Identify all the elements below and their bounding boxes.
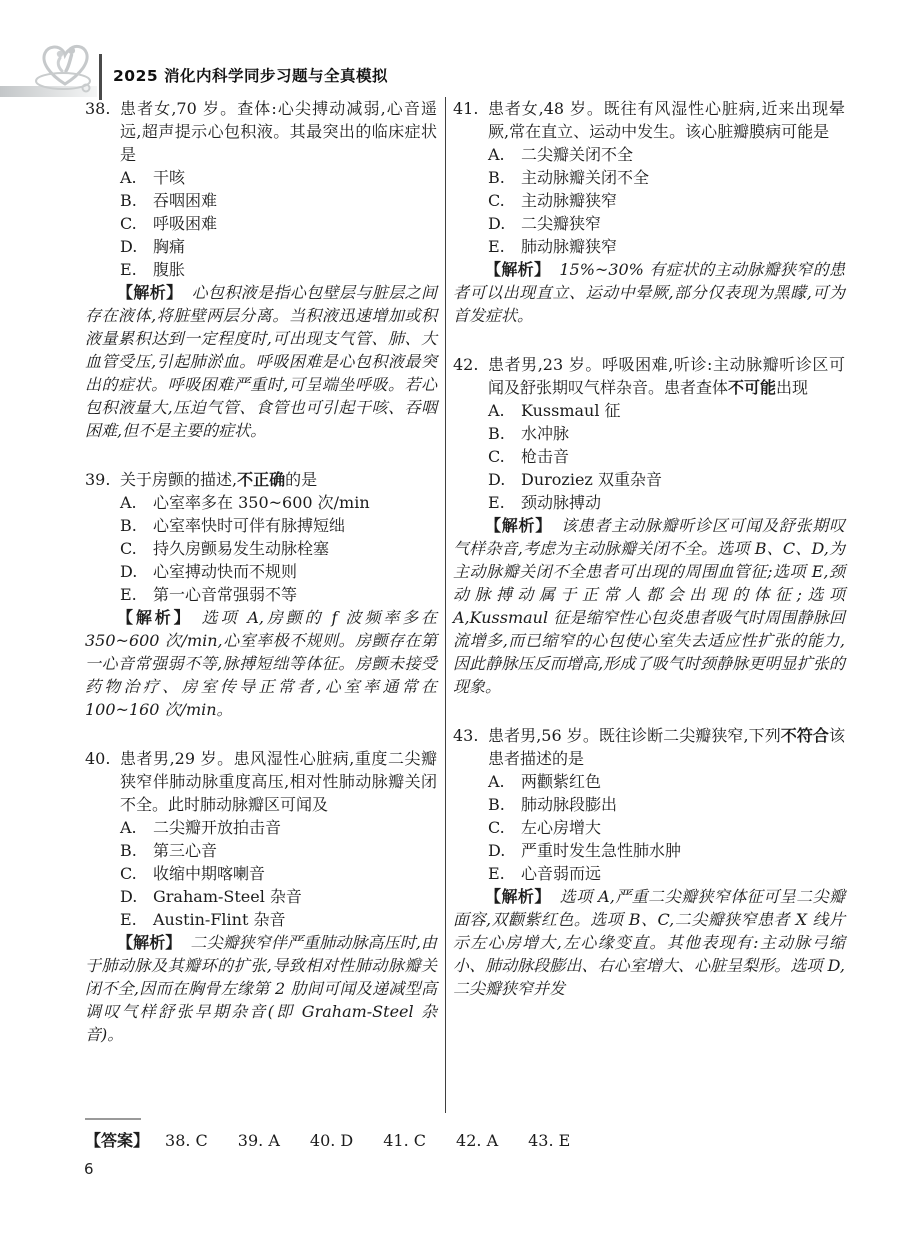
answers-line: 【答案】38. C39. A40. D41. C42. A43. E — [85, 1128, 845, 1151]
option-item: E.肺动脉瓣狭窄 — [488, 235, 845, 258]
option-label: C. — [120, 862, 153, 885]
option-text: 主动脉瓣狭窄 — [521, 191, 617, 210]
option-label: B. — [488, 422, 521, 445]
option-label: E. — [120, 258, 153, 281]
answer-item: 41. C — [383, 1131, 426, 1150]
question-38: 38. 患者女,70 岁。查体:心尖搏动减弱,心音遥远,超声提示心包积液。其最突… — [85, 97, 437, 442]
explanation: 【解析】15%~30% 有症状的主动脉瓣狭窄的患者可以出现直立、运动中晕厥,部分… — [453, 258, 845, 327]
option-text: 颈动脉搏动 — [521, 493, 601, 512]
option-item: B.水冲脉 — [488, 422, 845, 445]
option-item: A.心室率多在 350~600 次/min — [120, 491, 437, 514]
explanation: 【解析】二尖瓣狭窄伴严重肺动脉高压时,由于肺动脉及其瓣环的扩张,导致相对性肺动脉… — [85, 931, 437, 1046]
answer-item: 40. D — [310, 1131, 353, 1150]
question-stem: 患者男,29 岁。患风湿性心脏病,重度二尖瓣狭窄伴肺动脉重度高压,相对性肺动脉瓣… — [120, 747, 437, 816]
answer-item: 43. E — [528, 1131, 570, 1150]
answer-item: 42. A — [456, 1131, 498, 1150]
column-divider — [445, 97, 446, 1113]
question-number: 43. — [453, 724, 488, 770]
option-item: C.左心房增大 — [488, 816, 845, 839]
option-label: B. — [120, 514, 153, 537]
option-item: D.二尖瓣狭窄 — [488, 212, 845, 235]
option-item: B.心室率快时可伴有脉搏短绌 — [120, 514, 437, 537]
option-item: B.吞咽困难 — [120, 189, 437, 212]
option-label: A. — [120, 816, 153, 839]
option-text: 两颧紫红色 — [521, 772, 601, 791]
option-label: D. — [488, 212, 521, 235]
option-label: B. — [488, 793, 521, 816]
option-label: C. — [120, 537, 153, 560]
question-number: 41. — [453, 97, 488, 143]
heart-people-stethoscope-icon — [33, 38, 97, 96]
question-stem: 患者女,48 岁。既往有风湿性心脏病,近来出现晕厥,常在直立、运动中发生。该心脏… — [488, 97, 845, 143]
option-item: C.呼吸困难 — [120, 212, 437, 235]
option-text: 枪击音 — [521, 447, 569, 466]
option-text: 干咳 — [153, 168, 185, 187]
option-item: D.Duroziez 双重杂音 — [488, 468, 845, 491]
question-41: 41. 患者女,48 岁。既往有风湿性心脏病,近来出现晕厥,常在直立、运动中发生… — [453, 97, 845, 327]
option-text: 心音弱而远 — [521, 864, 601, 883]
explanation: 【解析】该患者主动脉瓣听诊区可闻及舒张期叹气样杂音,考虑为主动脉瓣关闭不全。选项… — [453, 514, 845, 698]
option-text: 第三心音 — [153, 841, 217, 860]
option-text: 严重时发生急性肺水肿 — [521, 841, 681, 860]
option-item: A.二尖瓣关闭不全 — [488, 143, 845, 166]
book-page: 2025 消化内科学同步习题与全真模拟 38. 患者女,70 岁。查体:心尖搏动… — [0, 0, 900, 1234]
option-item: C.收缩中期喀喇音 — [120, 862, 437, 885]
option-item: C.持久房颤易发生动脉栓塞 — [120, 537, 437, 560]
question-42: 42. 患者男,23 岁。呼吸困难,听诊:主动脉瓣听诊区可闻及舒张期叹气样杂音。… — [453, 353, 845, 698]
option-text: 胸痛 — [153, 237, 185, 256]
answers-section: 【答案】38. C39. A40. D41. C42. A43. E — [85, 1118, 845, 1151]
question-number: 42. — [453, 353, 488, 399]
option-text: 收缩中期喀喇音 — [153, 864, 265, 883]
option-item: B.第三心音 — [120, 839, 437, 862]
option-text: 腹胀 — [153, 260, 185, 279]
option-label: D. — [120, 885, 153, 908]
option-label: B. — [120, 189, 153, 212]
option-text: Austin-Flint 杂音 — [153, 910, 286, 929]
explanation-label: 【解析】 — [117, 283, 183, 302]
option-label: D. — [488, 468, 521, 491]
answers-label: 【答案】 — [85, 1131, 149, 1150]
options-list: A.心室率多在 350~600 次/min B.心室率快时可伴有脉搏短绌 C.持… — [120, 491, 437, 606]
option-text: 心室搏动快而不规则 — [153, 562, 297, 581]
option-text: 心室率多在 350~600 次/min — [153, 493, 370, 512]
options-list: A.干咳 B.吞咽困难 C.呼吸困难 D.胸痛 E.腹胀 — [120, 166, 437, 281]
explanation-label: 【解析】 — [117, 608, 193, 627]
option-item: A.二尖瓣开放拍击音 — [120, 816, 437, 839]
options-list: A.二尖瓣开放拍击音 B.第三心音 C.收缩中期喀喇音 D.Graham-Ste… — [120, 816, 437, 931]
option-item: E.颈动脉搏动 — [488, 491, 845, 514]
option-label: E. — [120, 583, 153, 606]
question-number: 39. — [85, 468, 120, 491]
option-label: E. — [488, 862, 521, 885]
header-title-divider — [99, 54, 102, 100]
option-label: D. — [120, 235, 153, 258]
option-label: A. — [488, 770, 521, 793]
option-item: B.主动脉瓣关闭不全 — [488, 166, 845, 189]
option-text: 二尖瓣狭窄 — [521, 214, 601, 233]
left-column: 38. 患者女,70 岁。查体:心尖搏动减弱,心音遥远,超声提示心包积液。其最突… — [85, 97, 437, 1072]
option-label: C. — [120, 212, 153, 235]
option-label: E. — [120, 908, 153, 931]
option-label: A. — [488, 143, 521, 166]
options-list: A.两颧紫红色 B.肺动脉段膨出 C.左心房增大 D.严重时发生急性肺水肿 E.… — [488, 770, 845, 885]
option-text: 主动脉瓣关闭不全 — [521, 168, 649, 187]
right-column: 41. 患者女,48 岁。既往有风湿性心脏病,近来出现晕厥,常在直立、运动中发生… — [453, 97, 845, 1026]
option-item: D.严重时发生急性肺水肿 — [488, 839, 845, 862]
option-item: C.主动脉瓣狭窄 — [488, 189, 845, 212]
question-stem: 患者男,56 岁。既往诊断二尖瓣狭窄,下列不符合该患者描述的是 — [488, 724, 845, 770]
option-text: 水冲脉 — [521, 424, 569, 443]
option-text: 肺动脉段膨出 — [521, 795, 617, 814]
option-text: 心室率快时可伴有脉搏短绌 — [153, 516, 345, 535]
option-text: 吞咽困难 — [153, 191, 217, 210]
option-item: B.肺动脉段膨出 — [488, 793, 845, 816]
option-text: Duroziez 双重杂音 — [521, 470, 662, 489]
question-number: 38. — [85, 97, 120, 166]
option-label: B. — [488, 166, 521, 189]
options-list: A.Kussmaul 征 B.水冲脉 C.枪击音 D.Duroziez 双重杂音… — [488, 399, 845, 514]
question-stem: 患者女,70 岁。查体:心尖搏动减弱,心音遥远,超声提示心包积液。其最突出的临床… — [120, 97, 437, 166]
option-text: 持久房颤易发生动脉栓塞 — [153, 539, 329, 558]
option-text: Graham-Steel 杂音 — [153, 887, 302, 906]
option-label: A. — [488, 399, 521, 422]
question-stem: 患者男,23 岁。呼吸困难,听诊:主动脉瓣听诊区可闻及舒张期叹气样杂音。患者查体… — [488, 353, 845, 399]
option-label: A. — [120, 166, 153, 189]
explanation: 【解析】选项 A,房颤的 f 波频率多在 350~600 次/min,心室率极不… — [85, 606, 437, 721]
option-text: Kussmaul 征 — [521, 401, 621, 420]
answer-item: 39. A — [238, 1131, 280, 1150]
answer-item: 38. C — [165, 1131, 208, 1150]
option-label: D. — [488, 839, 521, 862]
option-label: D. — [120, 560, 153, 583]
option-item: E.心音弱而远 — [488, 862, 845, 885]
option-label: C. — [488, 445, 521, 468]
explanation-label: 【解析】 — [485, 887, 551, 906]
option-item: E.第一心音常强弱不等 — [120, 583, 437, 606]
option-label: A. — [120, 491, 153, 514]
explanation: 【解析】心包积液是指心包壁层与脏层之间存在液体,将脏壁两层分离。当积液迅速增加或… — [85, 281, 437, 442]
question-43: 43. 患者男,56 岁。既往诊断二尖瓣狭窄,下列不符合该患者描述的是 A.两颧… — [453, 724, 845, 1000]
option-item: D.Graham-Steel 杂音 — [120, 885, 437, 908]
option-text: 第一心音常强弱不等 — [153, 585, 297, 604]
option-label: B. — [120, 839, 153, 862]
option-label: E. — [488, 491, 521, 514]
option-text: 呼吸困难 — [153, 214, 217, 233]
explanation: 【解析】选项 A,严重二尖瓣狭窄体征可呈二尖瓣面容,双颧紫红色。选项 B、C,二… — [453, 885, 845, 1000]
answers-divider-rule — [85, 1118, 141, 1120]
explanation-text: 该患者主动脉瓣听诊区可闻及舒张期叹气样杂音,考虑为主动脉瓣关闭不全。选项 B、C… — [453, 516, 845, 696]
option-text: 肺动脉瓣狭窄 — [521, 237, 617, 256]
explanation-label: 【解析】 — [117, 933, 181, 952]
explanation-label: 【解析】 — [485, 260, 550, 279]
explanation-text: 心包积液是指心包壁层与脏层之间存在液体,将脏壁两层分离。当积液迅速增加或积液量累… — [85, 283, 437, 440]
option-text: 左心房增大 — [521, 818, 601, 837]
option-label: C. — [488, 189, 521, 212]
option-text: 二尖瓣开放拍击音 — [153, 818, 281, 837]
option-item: E.腹胀 — [120, 258, 437, 281]
option-item: E.Austin-Flint 杂音 — [120, 908, 437, 931]
option-label: E. — [488, 235, 521, 258]
option-item: D.胸痛 — [120, 235, 437, 258]
option-item: A.Kussmaul 征 — [488, 399, 845, 422]
option-item: C.枪击音 — [488, 445, 845, 468]
option-item: D.心室搏动快而不规则 — [120, 560, 437, 583]
question-39: 39. 关于房颤的描述,不正确的是 A.心室率多在 350~600 次/min … — [85, 468, 437, 721]
question-stem: 关于房颤的描述,不正确的是 — [120, 468, 437, 491]
page-number: 6 — [84, 1160, 94, 1178]
option-text: 二尖瓣关闭不全 — [521, 145, 633, 164]
options-list: A.二尖瓣关闭不全 B.主动脉瓣关闭不全 C.主动脉瓣狭窄 D.二尖瓣狭窄 E.… — [488, 143, 845, 258]
option-item: A.干咳 — [120, 166, 437, 189]
book-title: 2025 消化内科学同步习题与全真模拟 — [113, 64, 388, 86]
question-40: 40. 患者男,29 岁。患风湿性心脏病,重度二尖瓣狭窄伴肺动脉重度高压,相对性… — [85, 747, 437, 1046]
explanation-label: 【解析】 — [485, 516, 552, 535]
question-number: 40. — [85, 747, 120, 816]
option-item: A.两颧紫红色 — [488, 770, 845, 793]
option-label: C. — [488, 816, 521, 839]
